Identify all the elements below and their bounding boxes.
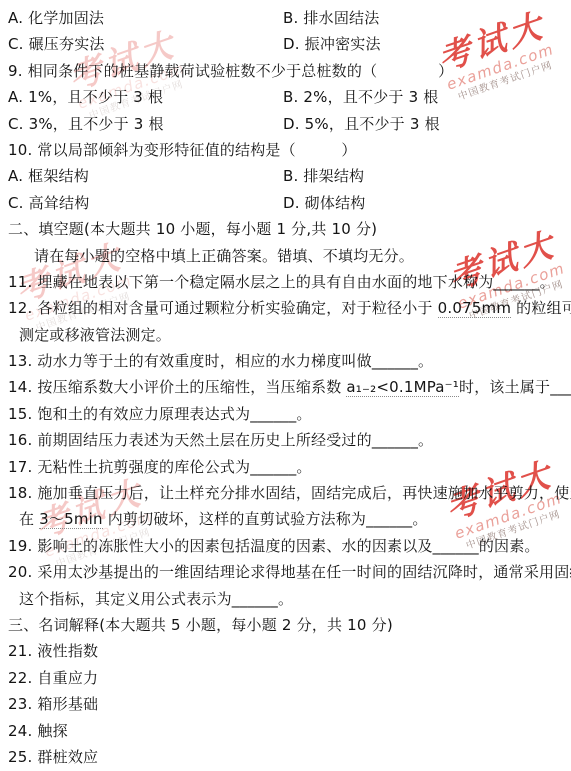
- text-segment: 9. 相同条件下的桩基静载荷试验桩数不少于总桩数的（ ）: [8, 62, 453, 80]
- exam-line: 请在每小题的空格中填上正确答案。错填、不填均无分。: [0, 243, 571, 269]
- line-text: C. 碾压夯实法: [8, 35, 105, 53]
- text-segment: B. 排水固结法: [283, 9, 379, 27]
- text-segment: 在: [19, 510, 39, 528]
- line-text: 13. 动水力等于土的有效重度时，相应的水力梯度叫做______。: [8, 352, 433, 370]
- text-segment: 20. 采用太沙基提出的一维固结理论求得地基在任一时间的固结沉降时，通常采用固结…: [8, 563, 571, 581]
- exam-line: 在 3～5min 内剪切破坏，这样的直剪试验方法称为______。: [0, 506, 571, 532]
- text-segment: B. 排架结构: [283, 167, 364, 185]
- line-text: C. 高耸结构: [8, 194, 89, 212]
- exam-paper-page: 考试大 examda.com 中国教育考试门户网 考试大 examda.com …: [0, 0, 571, 771]
- exam-line: A. 1%，且不少于 3 根B. 2%，且不少于 3 根: [0, 84, 571, 110]
- exam-body: A. 化学加固法B. 排水固结法C. 碾压夯实法D. 振冲密实法9. 相同条件下…: [0, 0, 571, 770]
- text-segment: 17. 无粘性土抗剪强度的库伦公式为______。: [8, 458, 312, 476]
- text-segment: A. 化学加固法: [8, 9, 104, 27]
- exam-line: C. 高耸结构D. 砌体结构: [0, 190, 571, 216]
- exam-line: 15. 饱和土的有效应力原理表达式为______。: [0, 401, 571, 427]
- text-segment: 25. 群桩效应: [8, 748, 98, 766]
- line-text: 23. 箱形基础: [8, 695, 98, 713]
- option-right: B. 排水固结法: [283, 5, 379, 31]
- text-segment: D. 振冲密实法: [283, 35, 381, 53]
- exam-line: 13. 动水力等于土的有效重度时，相应的水力梯度叫做______。: [0, 348, 571, 374]
- text-segment: C. 高耸结构: [8, 194, 89, 212]
- text-segment: 15. 饱和土的有效应力原理表达式为______。: [8, 405, 312, 423]
- line-text: 22. 自重应力: [8, 669, 98, 687]
- line-text: A. 化学加固法: [8, 9, 104, 27]
- text-segment: 时，该土属于______。: [459, 378, 571, 396]
- text-segment: 13. 动水力等于土的有效重度时，相应的水力梯度叫做______。: [8, 352, 433, 370]
- text-segment: 二、填空题(本大题共 10 小题，每小题 1 分,共 10 分): [8, 220, 377, 238]
- line-text: 18. 施加垂直压力后，让土样充分排水固结，固结完成后，再快速施加水平剪力，使土…: [8, 484, 571, 502]
- text-segment: A. 1%，且不少于 3 根: [8, 88, 163, 106]
- line-text: 15. 饱和土的有效应力原理表达式为______。: [8, 405, 312, 423]
- line-text: 14. 按压缩系数大小评价土的压缩性，当压缩系数 a₁₋₂<0.1MPa⁻¹时，…: [8, 378, 571, 397]
- exam-line: 9. 相同条件下的桩基静载荷试验桩数不少于总桩数的（ ）: [0, 58, 571, 84]
- exam-line: A. 化学加固法B. 排水固结法: [0, 5, 571, 31]
- exam-line: 这个指标，其定义用公式表示为______。: [0, 586, 571, 612]
- text-segment: 测定或移液管法测定。: [19, 326, 171, 344]
- text-segment: D. 砌体结构: [283, 194, 366, 212]
- line-text: A. 框架结构: [8, 167, 89, 185]
- line-text: 16. 前期固结压力表述为天然土层在历史上所经受过的______。: [8, 431, 433, 449]
- line-text: C. 3%，且不少于 3 根: [8, 115, 164, 133]
- line-text: 二、填空题(本大题共 10 小题，每小题 1 分,共 10 分): [8, 220, 377, 238]
- exam-line: 24. 触探: [0, 718, 571, 744]
- option-right: D. 砌体结构: [283, 190, 366, 216]
- exam-line: 16. 前期固结压力表述为天然土层在历史上所经受过的______。: [0, 427, 571, 453]
- line-text: 10. 常以局部倾斜为变形特征值的结构是（ ）: [8, 141, 357, 159]
- option-right: B. 2%，且不少于 3 根: [283, 84, 439, 110]
- text-segment: 3～5min: [39, 510, 103, 529]
- text-segment: 16. 前期固结压力表述为天然土层在历史上所经受过的______。: [8, 431, 433, 449]
- line-text: 12. 各粒组的相对含量可通过颗粒分析实验确定，对于粒径小于 0.075mm 的…: [8, 299, 571, 318]
- exam-line: 三、名词解释(本大题共 5 小题，每小题 2 分，共 10 分): [0, 612, 571, 638]
- line-text: 11. 埋藏在地表以下第一个稳定隔水层之上的具有自由水面的地下水称为______…: [8, 273, 555, 291]
- exam-line: 17. 无粘性土抗剪强度的库伦公式为______。: [0, 454, 571, 480]
- option-right: D. 5%，且不少于 3 根: [283, 111, 440, 137]
- line-text: 9. 相同条件下的桩基静载荷试验桩数不少于总桩数的（ ）: [8, 62, 453, 80]
- exam-line: 14. 按压缩系数大小评价土的压缩性，当压缩系数 a₁₋₂<0.1MPa⁻¹时，…: [0, 374, 571, 400]
- exam-line: C. 碾压夯实法D. 振冲密实法: [0, 31, 571, 57]
- exam-line: 20. 采用太沙基提出的一维固结理论求得地基在任一时间的固结沉降时，通常采用固结…: [0, 559, 571, 585]
- text-segment: a₁₋₂<0.1MPa⁻¹: [346, 378, 459, 397]
- option-right: D. 振冲密实法: [283, 31, 381, 57]
- exam-line: 12. 各粒组的相对含量可通过颗粒分析实验确定，对于粒径小于 0.075mm 的…: [0, 295, 571, 321]
- text-segment: 23. 箱形基础: [8, 695, 98, 713]
- text-segment: 22. 自重应力: [8, 669, 98, 687]
- text-segment: 14. 按压缩系数大小评价土的压缩性，当压缩系数: [8, 378, 346, 396]
- text-segment: 请在每小题的空格中填上正确答案。错填、不填均无分。: [34, 247, 414, 265]
- text-segment: A. 框架结构: [8, 167, 89, 185]
- text-segment: 11. 埋藏在地表以下第一个稳定隔水层之上的具有自由水面的地下水称为______…: [8, 273, 555, 291]
- text-segment: 三、名词解释(本大题共 5 小题，每小题 2 分，共 10 分): [8, 616, 393, 634]
- line-text: 17. 无粘性土抗剪强度的库伦公式为______。: [8, 458, 312, 476]
- text-segment: 24. 触探: [8, 722, 68, 740]
- exam-line: 二、填空题(本大题共 10 小题，每小题 1 分,共 10 分): [0, 216, 571, 242]
- line-text: 20. 采用太沙基提出的一维固结理论求得地基在任一时间的固结沉降时，通常采用固结…: [8, 563, 571, 581]
- line-text: 这个指标，其定义用公式表示为______。: [19, 590, 293, 608]
- line-text: 19. 影响土的冻胀性大小的因素包括温度的因素、水的因素以及______的因素。: [8, 537, 540, 555]
- line-text: 21. 液性指数: [8, 642, 98, 660]
- line-text: A. 1%，且不少于 3 根: [8, 88, 163, 106]
- text-segment: C. 3%，且不少于 3 根: [8, 115, 164, 133]
- exam-line: 19. 影响土的冻胀性大小的因素包括温度的因素、水的因素以及______的因素。: [0, 533, 571, 559]
- option-right: B. 排架结构: [283, 163, 364, 189]
- text-segment: 0.075mm: [438, 299, 512, 318]
- line-text: 在 3～5min 内剪切破坏，这样的直剪试验方法称为______。: [19, 510, 428, 529]
- text-segment: D. 5%，且不少于 3 根: [283, 115, 440, 133]
- text-segment: 的粒组可用______: [511, 299, 571, 317]
- line-text: 25. 群桩效应: [8, 748, 98, 766]
- line-text: 测定或移液管法测定。: [19, 326, 171, 344]
- exam-line: 22. 自重应力: [0, 665, 571, 691]
- text-segment: 18. 施加垂直压力后，让土样充分排水固结，固结完成后，再快速施加水平剪力，使土…: [8, 484, 571, 502]
- text-segment: B. 2%，且不少于 3 根: [283, 88, 439, 106]
- exam-line: C. 3%，且不少于 3 根D. 5%，且不少于 3 根: [0, 111, 571, 137]
- text-segment: 21. 液性指数: [8, 642, 98, 660]
- exam-line: 18. 施加垂直压力后，让土样充分排水固结，固结完成后，再快速施加水平剪力，使土…: [0, 480, 571, 506]
- text-segment: C. 碾压夯实法: [8, 35, 105, 53]
- text-segment: 10. 常以局部倾斜为变形特征值的结构是（ ）: [8, 141, 357, 159]
- exam-line: 测定或移液管法测定。: [0, 322, 571, 348]
- text-segment: 19. 影响土的冻胀性大小的因素包括温度的因素、水的因素以及______的因素。: [8, 537, 540, 555]
- exam-line: 23. 箱形基础: [0, 691, 571, 717]
- text-segment: 内剪切破坏，这样的直剪试验方法称为______。: [103, 510, 428, 528]
- line-text: 请在每小题的空格中填上正确答案。错填、不填均无分。: [34, 247, 414, 265]
- text-segment: 12. 各粒组的相对含量可通过颗粒分析实验确定，对于粒径小于: [8, 299, 438, 317]
- exam-line: 25. 群桩效应: [0, 744, 571, 770]
- line-text: 三、名词解释(本大题共 5 小题，每小题 2 分，共 10 分): [8, 616, 393, 634]
- exam-line: 11. 埋藏在地表以下第一个稳定隔水层之上的具有自由水面的地下水称为______…: [0, 269, 571, 295]
- text-segment: 这个指标，其定义用公式表示为______。: [19, 590, 293, 608]
- line-text: 24. 触探: [8, 722, 68, 740]
- exam-line: 10. 常以局部倾斜为变形特征值的结构是（ ）: [0, 137, 571, 163]
- exam-line: 21. 液性指数: [0, 638, 571, 664]
- exam-line: A. 框架结构B. 排架结构: [0, 163, 571, 189]
